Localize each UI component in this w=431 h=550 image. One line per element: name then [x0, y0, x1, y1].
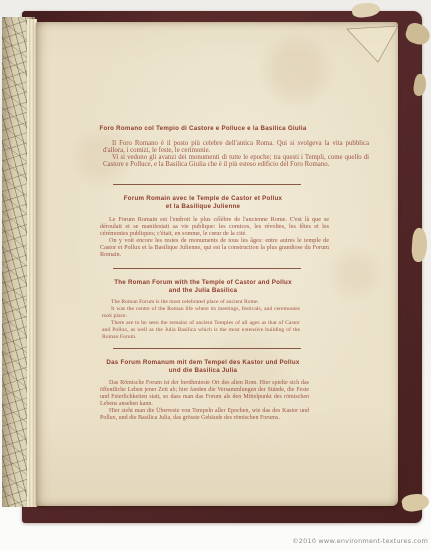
- paragraph: Das Römische Forum ist der berühmteste O…: [100, 380, 309, 408]
- section-divider: [113, 184, 301, 185]
- paragraph: Hier sieht man die Überreste von Tempeln…: [100, 408, 309, 422]
- torn-edge: [411, 228, 428, 263]
- paragraph: Il Foro Romano è il posto più celebre de…: [103, 140, 369, 154]
- section-title-french: Forum Romain avec le Temple de Castor et…: [96, 195, 310, 211]
- section-title-english: The Roman Forum with the Temple of Casto…: [96, 279, 310, 295]
- section-title-german: Das Forum Romanum mit dem Tempel des Kas…: [96, 359, 310, 375]
- book-page: [36, 22, 398, 506]
- section-title-italian: Foro Romano col Tempio di Castore e Poll…: [96, 125, 310, 133]
- section-divider: [113, 348, 301, 349]
- paragraph: Le Forum Romain est l'endroit le plus cé…: [100, 216, 329, 237]
- torn-edge: [412, 73, 427, 97]
- section-body-english: The Roman Forum is the most celebrated p…: [102, 299, 300, 341]
- section-body-german: Das Römische Forum ist der berühmteste O…: [100, 380, 309, 422]
- paragraph: Vi si vedono gli avanzi dei monumenti di…: [103, 154, 369, 168]
- paragraph: On y voit encore les restes de monuments…: [100, 237, 329, 258]
- title-line: Das Forum Romanum mit dem Tempel des Kas…: [96, 359, 310, 367]
- watermark-text: ©2010 www.environment-textures.com: [292, 537, 428, 545]
- paragraph: It was the centre of the Roman life wher…: [102, 306, 300, 320]
- paragraph: The Roman Forum is the most celebrated p…: [102, 299, 300, 306]
- paragraph: There are to be seen the remains of anci…: [102, 320, 300, 341]
- title-line: und die Basilica Julia: [96, 367, 310, 375]
- title-line: and the Julia Basilica: [96, 287, 310, 295]
- section-body-italian: Il Foro Romano è il posto più celebre de…: [103, 140, 369, 168]
- title-line: Foro Romano col Tempio di Castore e Poll…: [96, 125, 310, 133]
- title-line: The Roman Forum with the Temple of Casto…: [96, 279, 310, 287]
- section-divider: [113, 268, 301, 269]
- title-line: Forum Romain avec le Temple de Castor et…: [96, 195, 310, 203]
- title-line: et la Basilique Julienne: [96, 203, 310, 211]
- section-body-french: Le Forum Romain est l'endroit le plus cé…: [100, 216, 329, 258]
- photo-background: Foro Romano col Tempio di Castore e Poll…: [0, 0, 431, 550]
